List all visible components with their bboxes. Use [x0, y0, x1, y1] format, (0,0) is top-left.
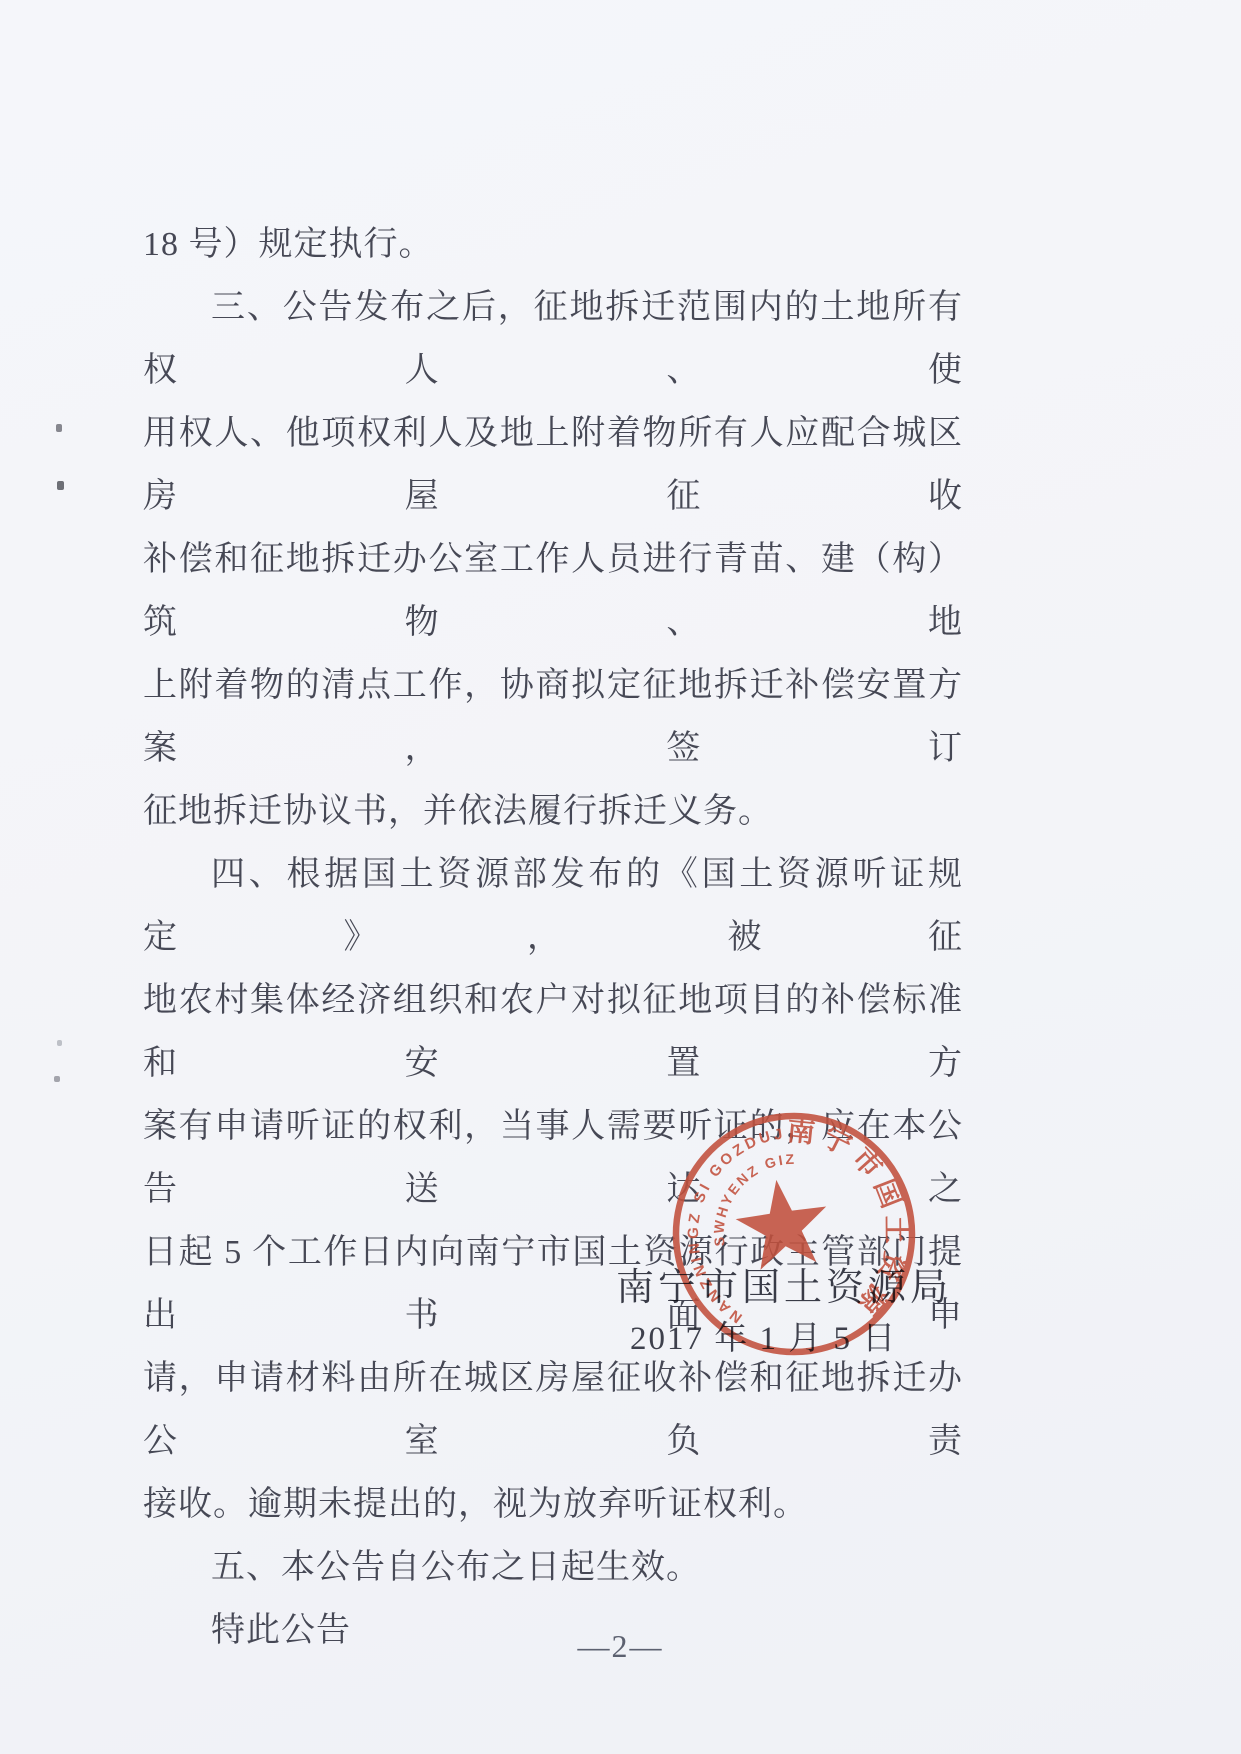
body-line: 上附着物的清点工作，协商拟定征地拆迁补偿安置方案，签订 — [143, 654, 963, 780]
scan-speck — [56, 424, 62, 432]
agency-signature: 南宁市国土资源局 — [616, 1256, 952, 1311]
body-line: 五、本公告自公布之日起生效。 — [143, 1536, 963, 1599]
body-line: 征地拆迁协议书，并依法履行拆迁义务。 — [143, 780, 963, 843]
body-line: 用权人、他项权利人及地上附着物所有人应配合城区房屋征收 — [143, 402, 963, 528]
body-line: 三、公告发布之后，征地拆迁范围内的土地所有权人、使 — [143, 276, 963, 402]
body-line: 补偿和征地拆迁办公室工作人员进行青苗、建（构）筑物、地 — [143, 528, 963, 654]
signature-date: 2017 年 1 月 5 日 — [630, 1312, 897, 1359]
scan-speck — [54, 1076, 60, 1082]
body-line: 18 号）规定执行。 — [143, 213, 963, 276]
page-number: —2— — [0, 1628, 1241, 1665]
scanned-document-page: 18 号）规定执行。 三、公告发布之后，征地拆迁范围内的土地所有权人、使 用权人… — [0, 0, 1241, 1754]
body-line: 接收。逾期未提出的，视为放弃听证权利。 — [143, 1473, 963, 1536]
scan-speck — [57, 1040, 62, 1046]
scan-speck — [57, 481, 64, 490]
announcement-body: 18 号）规定执行。 三、公告发布之后，征地拆迁范围内的土地所有权人、使 用权人… — [143, 213, 963, 1662]
body-line: 地农村集体经济组织和农户对拟征地项目的补偿标准和安置方 — [143, 969, 963, 1095]
body-line: 四、根据国土资源部发布的《国土资源听证规定》，被征 — [143, 843, 963, 969]
